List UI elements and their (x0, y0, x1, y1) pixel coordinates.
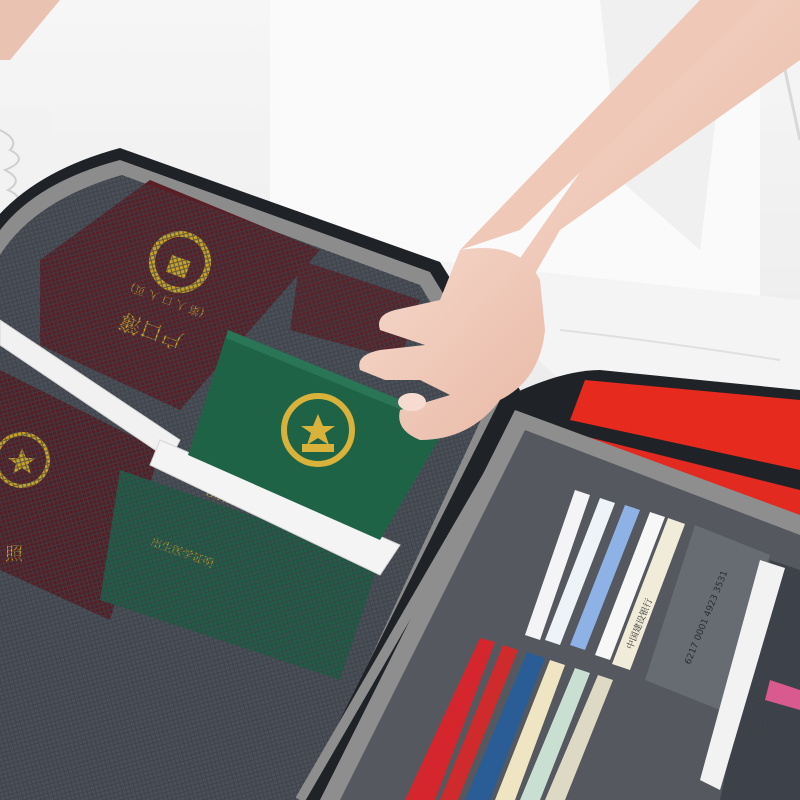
thumbnail (398, 393, 426, 411)
product-photo-scene: 户口簿 (第 人 口 人 页) 照 BIRTH CERTIFICATE 出生医学… (0, 0, 800, 800)
document-organizer-illustration: 户口簿 (第 人 口 人 页) 照 BIRTH CERTIFICATE 出生医学… (0, 0, 800, 800)
